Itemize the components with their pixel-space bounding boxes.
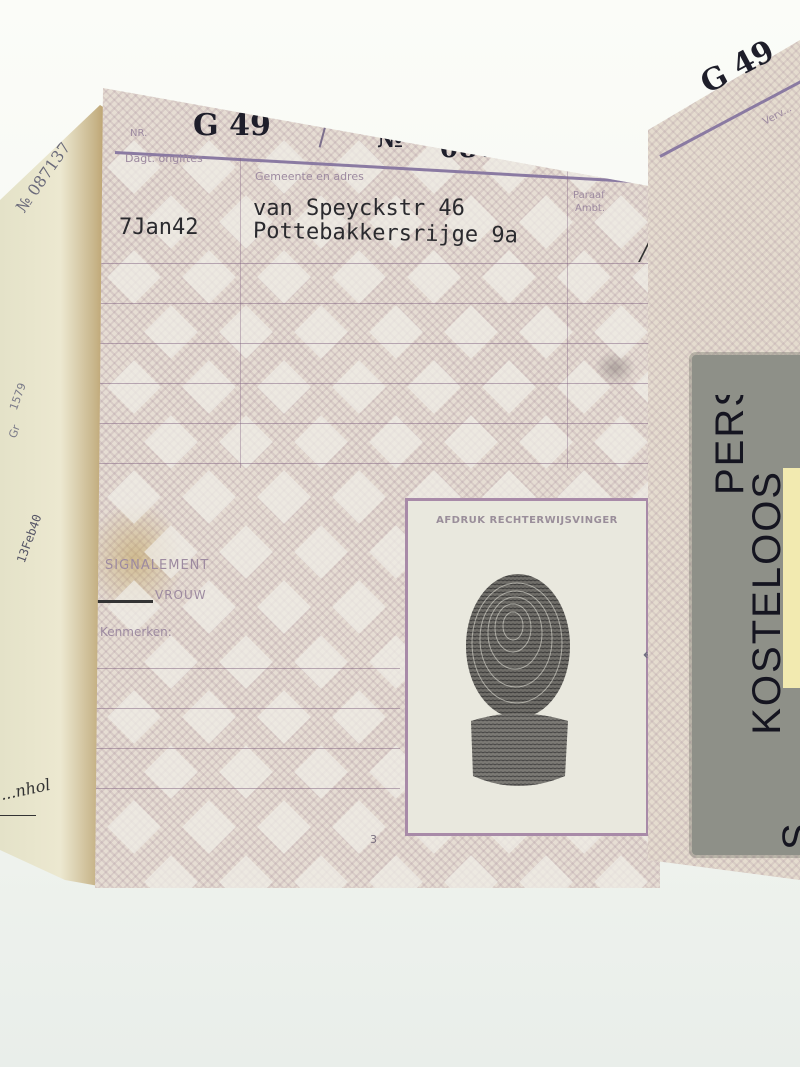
- document-number: 087137: [440, 134, 555, 164]
- pattern-diamond: [182, 360, 236, 414]
- flap-partial-text: Gr: [6, 423, 23, 440]
- stamp-word-2: KOSTELOOS: [745, 470, 790, 735]
- left-flap: № 087137 1579 Gr 13Feb40 ...nhol: [0, 0, 110, 1067]
- pattern-diamond: [294, 635, 348, 689]
- pattern-diamond: [219, 305, 273, 359]
- signalement-heading: SIGNALEMENT: [105, 558, 209, 573]
- pattern-diamond: [257, 360, 311, 414]
- flap-date: 13Feb40: [14, 512, 44, 564]
- column-line: [567, 158, 568, 468]
- fingerprint-box: AFDRUK RECHTERWIJSVINGER: [405, 498, 649, 836]
- row-line: [95, 668, 400, 669]
- pattern-diamond: [219, 635, 273, 689]
- pattern-diamond: [369, 305, 423, 359]
- pattern-diamond: [257, 690, 311, 744]
- pattern-diamond: [144, 855, 198, 909]
- row-line: [95, 463, 660, 464]
- pattern-diamond: [257, 250, 311, 304]
- marks-label: Kenmerken:: [100, 625, 172, 639]
- pattern-diamond: [144, 635, 198, 689]
- row-line: [95, 748, 400, 749]
- date-entry-2: 7Jan42: [119, 215, 198, 240]
- pattern-diamond: [144, 305, 198, 359]
- pattern-diamond: [519, 305, 573, 359]
- pattern-diamond: [107, 140, 161, 194]
- paraaf-label: Paraaf: [573, 190, 605, 201]
- pattern-diamond: [557, 140, 611, 194]
- strikeout-line: [95, 600, 153, 603]
- pattern-diamond: [594, 305, 648, 359]
- pattern-diamond: [219, 745, 273, 799]
- pattern-diamond: [332, 360, 386, 414]
- row-line: [95, 423, 660, 424]
- pattern-diamond: [257, 140, 311, 194]
- pattern-diamond: [257, 470, 311, 524]
- pattern-diamond: [444, 855, 498, 909]
- pattern-diamond: [107, 250, 161, 304]
- address-entry-2: Pottebakkersrijge 9a: [253, 219, 518, 249]
- fingerprint-title: AFDRUK RECHTERWIJSVINGER: [408, 515, 646, 526]
- row-line: [95, 788, 400, 789]
- pattern-diamond: [557, 250, 611, 304]
- ambt-label: Ambt.: [575, 203, 605, 214]
- pattern-diamond: [182, 140, 236, 194]
- pattern-diamond: [482, 250, 536, 304]
- flap-partial-number: 1579: [7, 381, 29, 412]
- pattern-diamond: [444, 305, 498, 359]
- pattern-diamond: [482, 140, 536, 194]
- row-line: [95, 708, 400, 709]
- row-line: [95, 263, 660, 264]
- pattern-diamond: [407, 360, 461, 414]
- pattern-diamond: [144, 745, 198, 799]
- pattern-diamond: [332, 690, 386, 744]
- pattern-diamond: [294, 305, 348, 359]
- pattern-diamond: [182, 470, 236, 524]
- pattern-diamond: [332, 250, 386, 304]
- number-symbol: №: [377, 124, 403, 153]
- flap-serial: № 087137: [12, 138, 74, 216]
- pattern-diamond: [332, 470, 386, 524]
- pattern-diamond: [519, 855, 573, 909]
- pattern-diamond: [182, 690, 236, 744]
- pattern-diamond: [182, 800, 236, 854]
- address-column-label: Gemeente en adres: [255, 170, 364, 183]
- fingerprint-icon: [463, 571, 573, 801]
- pattern-diamond: [219, 855, 273, 909]
- pattern-diamond: [519, 195, 573, 249]
- pattern-diamond: [407, 250, 461, 304]
- column-line: [240, 158, 241, 468]
- page-number: 3: [370, 833, 377, 846]
- row-line: [95, 343, 660, 344]
- pattern-diamond: [294, 525, 348, 579]
- pattern-diamond: [594, 855, 648, 909]
- pattern-diamond: [107, 360, 161, 414]
- pattern-diamond: [369, 855, 423, 909]
- pattern-diamond: [257, 800, 311, 854]
- pattern-diamond: [332, 580, 386, 634]
- signature-underline: [0, 815, 36, 816]
- row-line: [95, 303, 660, 304]
- pattern-diamond: [107, 800, 161, 854]
- flap-signature: ...nhol: [0, 775, 52, 804]
- pattern-diamond: [294, 855, 348, 909]
- pattern-diamond: [557, 360, 611, 414]
- date-column-label: Dagt. ongiftes: [125, 152, 203, 165]
- pattern-diamond: [482, 360, 536, 414]
- pattern-diamond: [107, 690, 161, 744]
- pattern-diamond: [182, 250, 236, 304]
- photo-scene: № 087137 1579 Gr 13Feb40 ...nhol NR. G 4…: [0, 0, 800, 1067]
- row-line: [95, 383, 660, 384]
- pattern-diamond: [294, 745, 348, 799]
- sex-label: VROUW: [155, 588, 207, 602]
- slash-separator: [319, 114, 330, 147]
- address-entry-1: van Speyckstr 46: [253, 196, 465, 221]
- pattern-diamond: [107, 470, 161, 524]
- stamp-word-3: S: [775, 740, 800, 850]
- nr-label: NR.: [130, 128, 147, 139]
- id-card-page: NR. G 49 № 087137 Dagt. ongiftes Gemeent…: [95, 88, 660, 888]
- pattern-diamond: [332, 800, 386, 854]
- pattern-diamond: [219, 525, 273, 579]
- pattern-diamond: [257, 580, 311, 634]
- series-number: G 49: [193, 108, 271, 143]
